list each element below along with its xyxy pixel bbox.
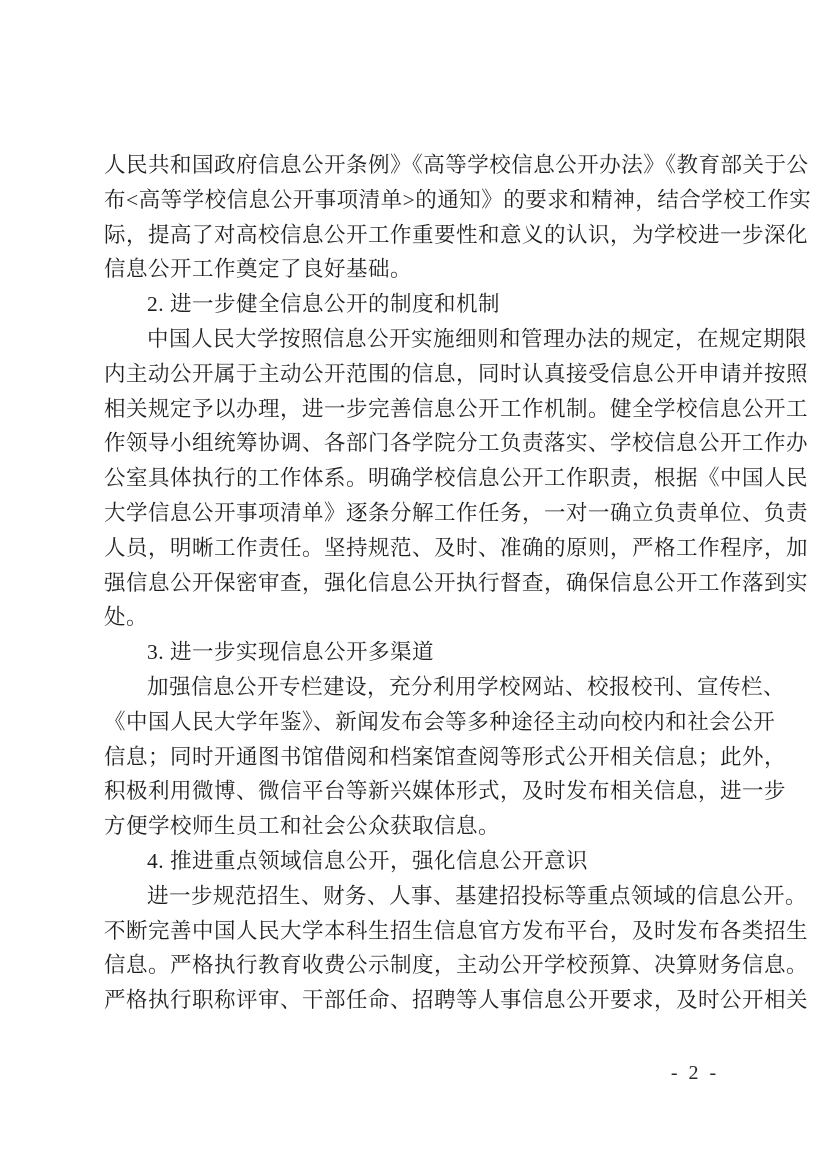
text-line: 布<高等学校信息公开事项清单>的通知》的要求和精神，结合学校工作实 (104, 183, 729, 218)
text-line: 作领导小组统筹协调、各部门各学院分工负责落实、学校信息公开工作办 (104, 426, 729, 461)
text-line: 相关规定予以办理，进一步完善信息公开工作机制。健全学校信息公开工 (104, 392, 729, 427)
text-line: 《中国人民大学年鉴》、新闻发布会等多种途径主动向校内和社会公开 (104, 705, 729, 740)
text-line: 人民共和国政府信息公开条例》《高等学校信息公开办法》《教育部关于公 (104, 148, 729, 183)
text-line: 严格执行职称评审、干部任命、招聘等人事信息公开要求，及时公开相关 (104, 983, 729, 1018)
document-page: 人民共和国政府信息公开条例》《高等学校信息公开办法》《教育部关于公布<高等学校信… (0, 0, 827, 1170)
text-line: 信息公开工作奠定了良好基础。 (104, 252, 729, 287)
document-body: 人民共和国政府信息公开条例》《高等学校信息公开办法》《教育部关于公布<高等学校信… (104, 148, 729, 1018)
text-line: 进一步规范招生、财务、人事、基建招投标等重点领域的信息公开。 (104, 879, 729, 914)
text-line: 积极利用微博、微信平台等新兴媒体形式，及时发布相关信息，进一步 (104, 774, 729, 809)
text-line: 际，提高了对高校信息公开工作重要性和意义的认识，为学校进一步深化 (104, 218, 729, 253)
text-line: 3. 进一步实现信息公开多渠道 (104, 635, 729, 670)
text-line: 信息；同时开通图书馆借阅和档案馆查阅等形式公开相关信息；此外， (104, 740, 729, 775)
text-line: 人员，明晰工作责任。坚持规范、及时、准确的原则，严格工作程序，加 (104, 531, 729, 566)
text-line: 内主动公开属于主动公开范围的信息，同时认真接受信息公开申请并按照 (104, 357, 729, 392)
text-line: 中国人民大学按照信息公开实施细则和管理办法的规定，在规定期限 (104, 322, 729, 357)
text-line: 4. 推进重点领域信息公开，强化信息公开意识 (104, 844, 729, 879)
text-line: 加强信息公开专栏建设，充分利用学校网站、校报校刊、宣传栏、 (104, 670, 729, 705)
page-number: - 2 - (645, 1062, 745, 1085)
text-line: 信息。严格执行教育收费公示制度，主动公开学校预算、决算财务信息。 (104, 948, 729, 983)
text-line: 强信息公开保密审查，强化信息公开执行督查，确保信息公开工作落到实 (104, 566, 729, 601)
text-line: 不断完善中国人民大学本科生招生信息官方发布平台，及时发布各类招生 (104, 914, 729, 949)
text-line: 大学信息公开事项清单》逐条分解工作任务，一对一确立负责单位、负责 (104, 496, 729, 531)
text-line: 处。 (104, 600, 729, 635)
text-line: 方便学校师生员工和社会公众获取信息。 (104, 809, 729, 844)
text-line: 公室具体执行的工作体系。明确学校信息公开工作职责，根据《中国人民 (104, 461, 729, 496)
text-line: 2. 进一步健全信息公开的制度和机制 (104, 287, 729, 322)
